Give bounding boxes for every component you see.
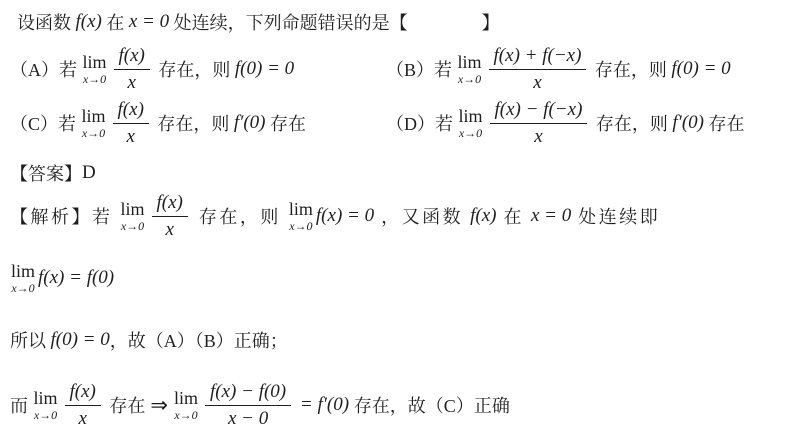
fraction-numerator: f(x) + f(−x) — [489, 45, 587, 70]
cn-text: 】 — [482, 9, 500, 35]
limit-op-label: lim — [121, 200, 145, 219]
cn-text: 在 — [102, 9, 129, 35]
question-stem: 设函数 f(x) 在 x = 0 处连续，下列命题错误的是【】 — [10, 7, 783, 37]
answer-letter: D — [82, 162, 96, 184]
implies-icon: ⇒ — [150, 393, 168, 417]
limit-subscript: x→0 — [121, 220, 144, 232]
fraction: f(x)x — [114, 45, 150, 94]
conclusion-c-correct: 而 limx→0f(x)x 存在⇒limx→0f(x) − f(0)x − 0 … — [10, 374, 783, 436]
cn-text: （A）若 — [10, 56, 82, 82]
cn-text: 而 — [10, 392, 33, 418]
limit-operator: limx→0 — [459, 107, 483, 139]
cn-text: 存在 — [105, 392, 146, 418]
cn-text: 在 — [496, 203, 531, 229]
limit-subscript: x→0 — [34, 409, 57, 421]
limit-subscript: x→0 — [83, 73, 106, 85]
limit-operator: limx→0 — [11, 262, 35, 294]
option-a: （A）若 limx→0f(x)x 存在，则 f(0) = 0 — [10, 42, 386, 96]
limit-op-label: lim — [82, 107, 106, 126]
math-inline: = f′(0) — [295, 394, 354, 416]
cn-text: 存在 — [704, 110, 745, 136]
fraction-denominator: x — [152, 217, 188, 241]
fraction-denominator: x — [490, 124, 588, 148]
fraction: f(x)x — [152, 192, 188, 241]
fraction-denominator: x — [65, 406, 101, 430]
answer-line: 【答案】D — [10, 159, 783, 186]
option-c: （C）若 limx→0f(x)x 存在，则 f′(0) 存在 — [10, 96, 386, 150]
fraction-numerator: f(x) − f(0) — [205, 381, 291, 406]
cn-text: 【答案】 — [10, 160, 82, 186]
limit-operator: limx→0 — [289, 200, 313, 232]
cn-text: （B）若 — [386, 56, 457, 82]
fraction-denominator: x − 0 — [205, 406, 291, 430]
limit-op-label: lim — [11, 262, 35, 281]
fraction: f(x)x — [113, 99, 149, 148]
math-inline: f(x) = f(0) — [38, 267, 114, 289]
fraction-numerator: f(x) — [113, 99, 149, 124]
limit-op-label: lim — [289, 200, 313, 219]
analysis-line-1: 【解析】若 limx→0f(x)x 存在，则 limx→0f(x) = 0 ，又… — [10, 188, 783, 244]
fraction-numerator: f(x) — [152, 192, 188, 217]
fraction-numerator: f(x) — [65, 381, 101, 406]
fraction-denominator: x — [114, 70, 150, 94]
cn-text: 设函数 — [17, 9, 76, 35]
limit-subscript: x→0 — [289, 220, 312, 232]
cn-text: 处连续，下列命题错误的是【 — [169, 9, 408, 35]
cn-text: 存在，故（C）正确 — [354, 392, 510, 418]
limit-operator: limx→0 — [121, 200, 145, 232]
limit-subscript: x→0 — [458, 73, 481, 85]
limit-subscript: x→0 — [174, 409, 197, 421]
fraction-numerator: f(x) — [114, 45, 150, 70]
cn-text: （D）若 — [386, 110, 458, 136]
math-inline: f′(0) — [234, 112, 266, 134]
math-inline: f(x) = 0 — [316, 205, 374, 227]
limit-operator: limx→0 — [174, 389, 198, 421]
math-inline: f(0) = 0 — [235, 58, 294, 80]
cn-text: （C）若 — [10, 110, 81, 136]
limit-operator: limx→0 — [34, 389, 58, 421]
cn-text: ，又函数 — [374, 203, 470, 229]
formula-limit-equals-f0: limx→0f(x) = f(0) — [10, 254, 783, 302]
cn-text: 所以 — [10, 327, 51, 353]
cn-text: 存在，则 — [192, 203, 288, 229]
math-document: 设函数 f(x) 在 x = 0 处连续，下列命题错误的是【】 （A）若 lim… — [0, 0, 793, 436]
limit-op-label: lim — [459, 107, 483, 126]
limit-subscript: x→0 — [11, 282, 34, 294]
math-inline: f(x) — [470, 205, 496, 227]
limit-op-label: lim — [174, 389, 198, 408]
math-inline: f(0) = 0 — [51, 329, 110, 351]
fraction-denominator: x — [489, 70, 587, 94]
cn-text: ，故（A）（B）正确； — [110, 327, 288, 353]
cn-text: 存在，则 — [590, 56, 671, 82]
limit-subscript: x→0 — [459, 127, 482, 139]
fraction: f(x) + f(−x)x — [489, 45, 587, 94]
limit-op-label: lim — [458, 53, 482, 72]
cn-text: 存在，则 — [591, 110, 672, 136]
math-inline: x = 0 — [129, 11, 169, 33]
math-inline: x = 0 — [531, 205, 571, 227]
fraction-denominator: x — [113, 124, 149, 148]
limit-op-label: lim — [34, 389, 58, 408]
fraction-numerator: f(x) − f(−x) — [490, 99, 588, 124]
limit-op-label: lim — [83, 53, 107, 72]
limit-operator: limx→0 — [82, 107, 106, 139]
math-inline: f(0) = 0 — [671, 58, 730, 80]
math-inline: f′(0) — [672, 112, 704, 134]
conclusion-ab-correct: 所以 f(0) = 0，故（A）（B）正确； — [10, 327, 783, 353]
cn-text: 存在，则 — [154, 56, 235, 82]
fraction: f(x) − f(−x)x — [490, 99, 588, 148]
cn-text: 处连续即 — [571, 203, 660, 229]
cn-text: 存在，则 — [153, 110, 234, 136]
limit-operator: limx→0 — [458, 53, 482, 85]
fraction: f(x)x — [65, 381, 101, 430]
cn-text: 存在 — [266, 110, 307, 136]
options-grid: （A）若 limx→0f(x)x 存在，则 f(0) = 0 （B）若 limx… — [10, 42, 783, 150]
fraction: f(x) − f(0)x − 0 — [205, 381, 291, 430]
limit-subscript: x→0 — [82, 127, 105, 139]
math-inline: f(x) — [76, 11, 102, 33]
option-d: （D）若 limx→0f(x) − f(−x)x 存在，则 f′(0) 存在 — [386, 96, 783, 150]
limit-operator: limx→0 — [83, 53, 107, 85]
option-b: （B）若 limx→0f(x) + f(−x)x 存在，则 f(0) = 0 — [386, 42, 783, 96]
cn-text: 【解析】若 — [10, 203, 120, 229]
